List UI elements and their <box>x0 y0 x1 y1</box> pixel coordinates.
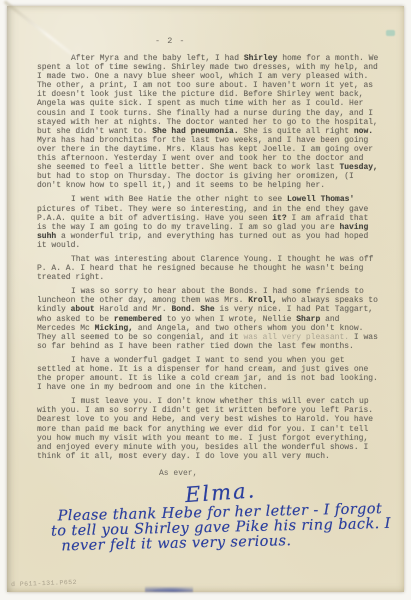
paper-sheet: - 2 - After Myra and the baby left, I ha… <box>7 6 404 592</box>
archive-note: d P611-131.P652 <box>11 579 77 588</box>
cutoff-ink-mark <box>145 585 193 592</box>
typed-paragraphs: After Myra and the baby left, I had Shir… <box>37 54 381 461</box>
letter-paragraph: After Myra and the baby left, I had Shir… <box>37 54 381 190</box>
scan-artifact-teal <box>386 30 395 36</box>
letter-paragraph: I was so sorry to hear about the Bonds. … <box>37 287 381 351</box>
page-number: - 2 - <box>155 36 380 46</box>
letter-paragraph: I must leave you. I don't know whether t… <box>37 397 381 461</box>
letter-paragraph: That was interesting about Clarence Youn… <box>37 255 381 282</box>
letter-paragraph: I have a wonderful gadget I want to send… <box>37 356 381 392</box>
postscript-handwritten: Please thank Hebe for her letter - I for… <box>37 502 381 555</box>
scanned-letter-frame: - 2 - After Myra and the baby left, I ha… <box>0 0 411 600</box>
letter-paragraph: I went with Bee Hatie the other night to… <box>37 195 381 250</box>
